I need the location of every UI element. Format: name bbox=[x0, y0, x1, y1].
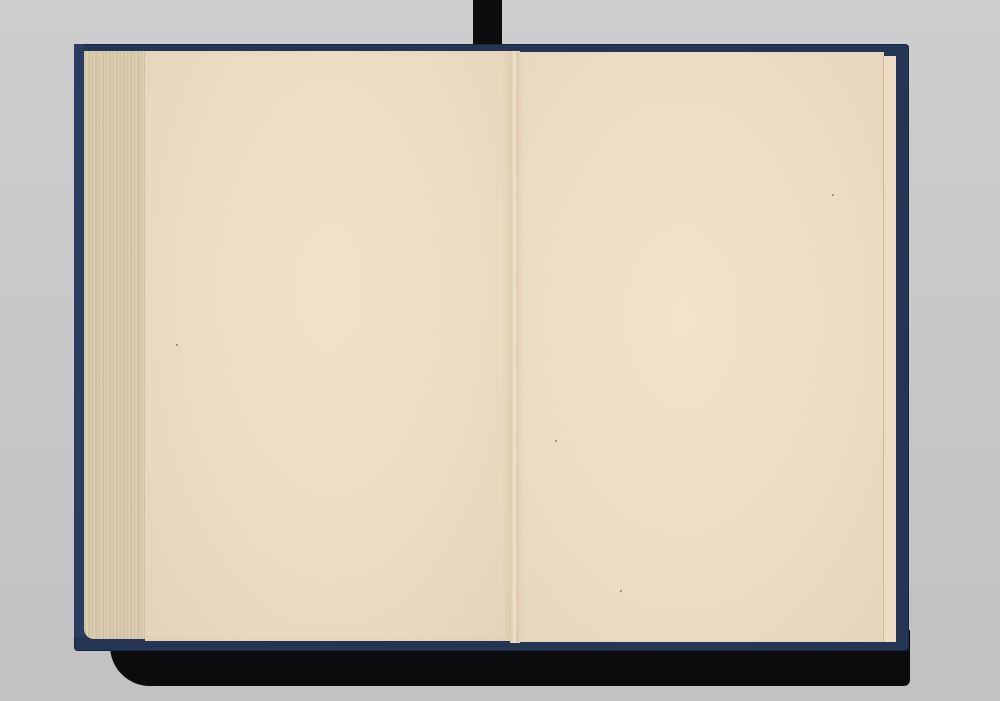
paper-speck bbox=[176, 344, 178, 346]
cover-left-edge bbox=[74, 44, 84, 637]
paper-speck bbox=[832, 194, 834, 196]
paper-speck bbox=[555, 440, 557, 442]
left-page bbox=[145, 51, 515, 641]
page-block-edges bbox=[84, 51, 146, 639]
right-fore-edge bbox=[883, 56, 896, 642]
bookmark-ribbon bbox=[473, 0, 502, 48]
right-page bbox=[516, 52, 884, 642]
paper-speck bbox=[620, 590, 622, 592]
